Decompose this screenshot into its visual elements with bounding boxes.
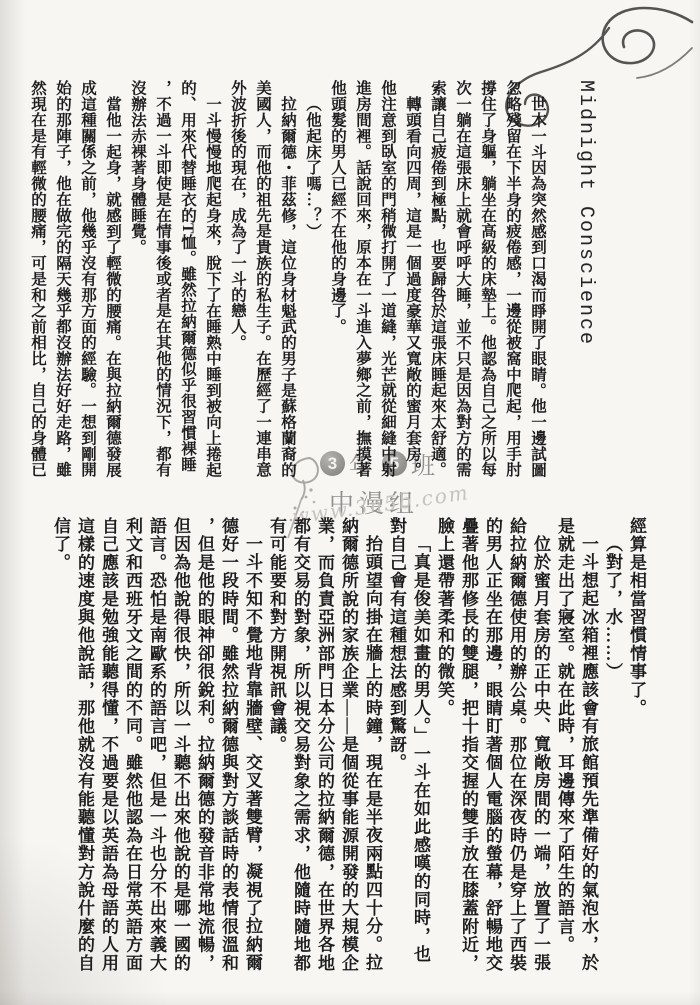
- text-column: 拉納爾德・菲茲修，這位身材魁武的男子是蘇格蘭裔的: [275, 80, 300, 480]
- text-column: 一斗慢慢地爬起身來，脫下了在睡熟中睡到被向上捲起: [200, 80, 225, 480]
- text-column: 沒辦法赤裸著身體睡覺。: [125, 80, 150, 480]
- text-column: 有可能要和對方開視訊會議。: [264, 517, 288, 979]
- text-column: 這樣的速度與他說話，那他就沒有能聽懂對方說什麼的自: [72, 517, 96, 979]
- text-column: 的男人正坐在那邊，眼睛盯著個人電腦的螢幕，舒暢地交: [480, 517, 504, 979]
- text-column: 次一躺在這張床上就會呼呼大睡，並不只是因為對方的需: [450, 80, 475, 480]
- text-column: 撐住了身軀，躺坐在高級的床墊上。他認為自己之所以每: [475, 80, 500, 480]
- text-column: 他注意到臥室的門稍微打開了一道縫，光芒就從細縫中射: [375, 80, 400, 480]
- text-column: 語言。恐怕是南歐系的語言吧，但是一斗也分不出來義大: [144, 517, 168, 979]
- top-text-block: Midnight Conscience 世木一斗因為突然感到口渴而睜開了眼睛。他…: [25, 80, 602, 480]
- text-column: 「真是俊美如畫的男人。」一斗在如此感嘆的同時，也: [408, 517, 432, 979]
- text-column: 自己應該是勉強能聽得懂，不過要是以英語為母語的人用: [96, 517, 120, 979]
- text-column: 都有交易的對象，所以視交易對象之需求，他隨時隨地都: [288, 517, 312, 979]
- text-column: （他起床了嗎…？）: [300, 80, 325, 480]
- page-title: Midnight Conscience: [568, 80, 602, 480]
- text-column: 信了。: [48, 517, 72, 979]
- text-column: 臉上還帶著柔和的微笑。: [432, 517, 456, 979]
- text-column: 成這種關係之前，他幾乎沒有那方面的經驗。一想到剛開: [75, 80, 100, 480]
- text-column: 美國人，而他的祖先是貴族的私生子。在歷經了一連串意: [250, 80, 275, 480]
- text-column: 抬頭望向掛在牆上的時鐘，現在是半夜兩點四十分。拉: [360, 517, 384, 979]
- text-column: 一斗想起冰箱裡應該會有旅館預先準備好的氣泡水，於: [576, 517, 600, 979]
- scanned-novel-page: 3年5班 中漫组 www.3n5b.com Midnight Conscienc…: [0, 0, 700, 1005]
- text-column: 疊著他那修長的雙腿，把十指交握的雙手放在膝蓋附近，: [456, 517, 480, 979]
- text-column: 業，而負責亞洲部門日本分公司的拉納爾德，在世界各地: [312, 517, 336, 979]
- text-column: 經算是相當習慣情事了。: [624, 517, 648, 979]
- text-column: 轉頭看向四周，這是一個過度豪華又寬敞的蜜月套房。: [400, 80, 425, 480]
- text-column: 是就走出了寢室。就在此時，耳邊傳來了陌生的語言。: [552, 517, 576, 979]
- text-column: 利文和西班牙文之間的不同。雖然他認為在日常英語方面: [120, 517, 144, 979]
- bottom-text-block: 經算是相當習慣情事了。（對了，水……）一斗想起冰箱裡應該會有旅館預先準備好的氣泡…: [48, 517, 648, 979]
- text-column: 但因為他說得很快，所以一斗聽不出來他說的是哪一國的: [168, 517, 192, 979]
- text-column: 始的那陣子，他在做完的隔天幾乎都沒辦法好好走路，雖: [50, 80, 75, 480]
- text-column: 當他一起身，就感到了輕微的腰痛。在與拉納爾德發展: [100, 80, 125, 480]
- text-column: 一斗不知不覺地背靠牆壁、交叉著雙臂，凝視了拉納爾: [240, 517, 264, 979]
- text-column: ，但是他的眼神卻很銳利。拉納爾德的發音非常地流暢，: [192, 517, 216, 979]
- text-column: （對了，水……）: [600, 517, 624, 979]
- text-column: 然現在是有輕微的腰痛，可是和之前相比，自己的身體已: [25, 80, 50, 480]
- text-column: 給拉納爾德使用的辦公桌。那位在深夜時仍是穿上了西裝: [504, 517, 528, 979]
- text-column: ，不過一斗即使是在情事後或者是在其他的情況下，都有: [150, 80, 175, 480]
- text-column: 進房間裡。話說回來，原本在一斗進入夢鄉之前，撫摸著: [350, 80, 375, 480]
- text-column: 德好一段時間。雖然拉納爾德與對方談話時的表情很溫和: [216, 517, 240, 979]
- text-column: 索讓自己疲倦到極點，也要歸咎於這張床睡起來太舒適。: [425, 80, 450, 480]
- text-column: 忽略殘留在下半身的疲倦感，一邊從被窩中爬起，用手肘: [500, 80, 525, 480]
- text-column: 對自己會有這種想法感到驚訝。: [384, 517, 408, 979]
- text-column: 位於蜜月套房的正中央、寬敞房間的一端，放置了一張: [528, 517, 552, 979]
- text-column: 納爾德所說的家族企業——是個從事能源開發的大規模企: [336, 517, 360, 979]
- text-column: 外波折後的現在，成為了一斗的戀人。: [225, 80, 250, 480]
- text-column: 他頭髮的男人已經不在他的身邊了。: [325, 80, 350, 480]
- text-column: 世木一斗因為突然感到口渴而睜開了眼睛。他一邊試圖: [525, 80, 550, 480]
- text-column: 的、用來代替睡衣的T恤。雖然拉納爾德似乎很習慣裸睡: [175, 80, 200, 480]
